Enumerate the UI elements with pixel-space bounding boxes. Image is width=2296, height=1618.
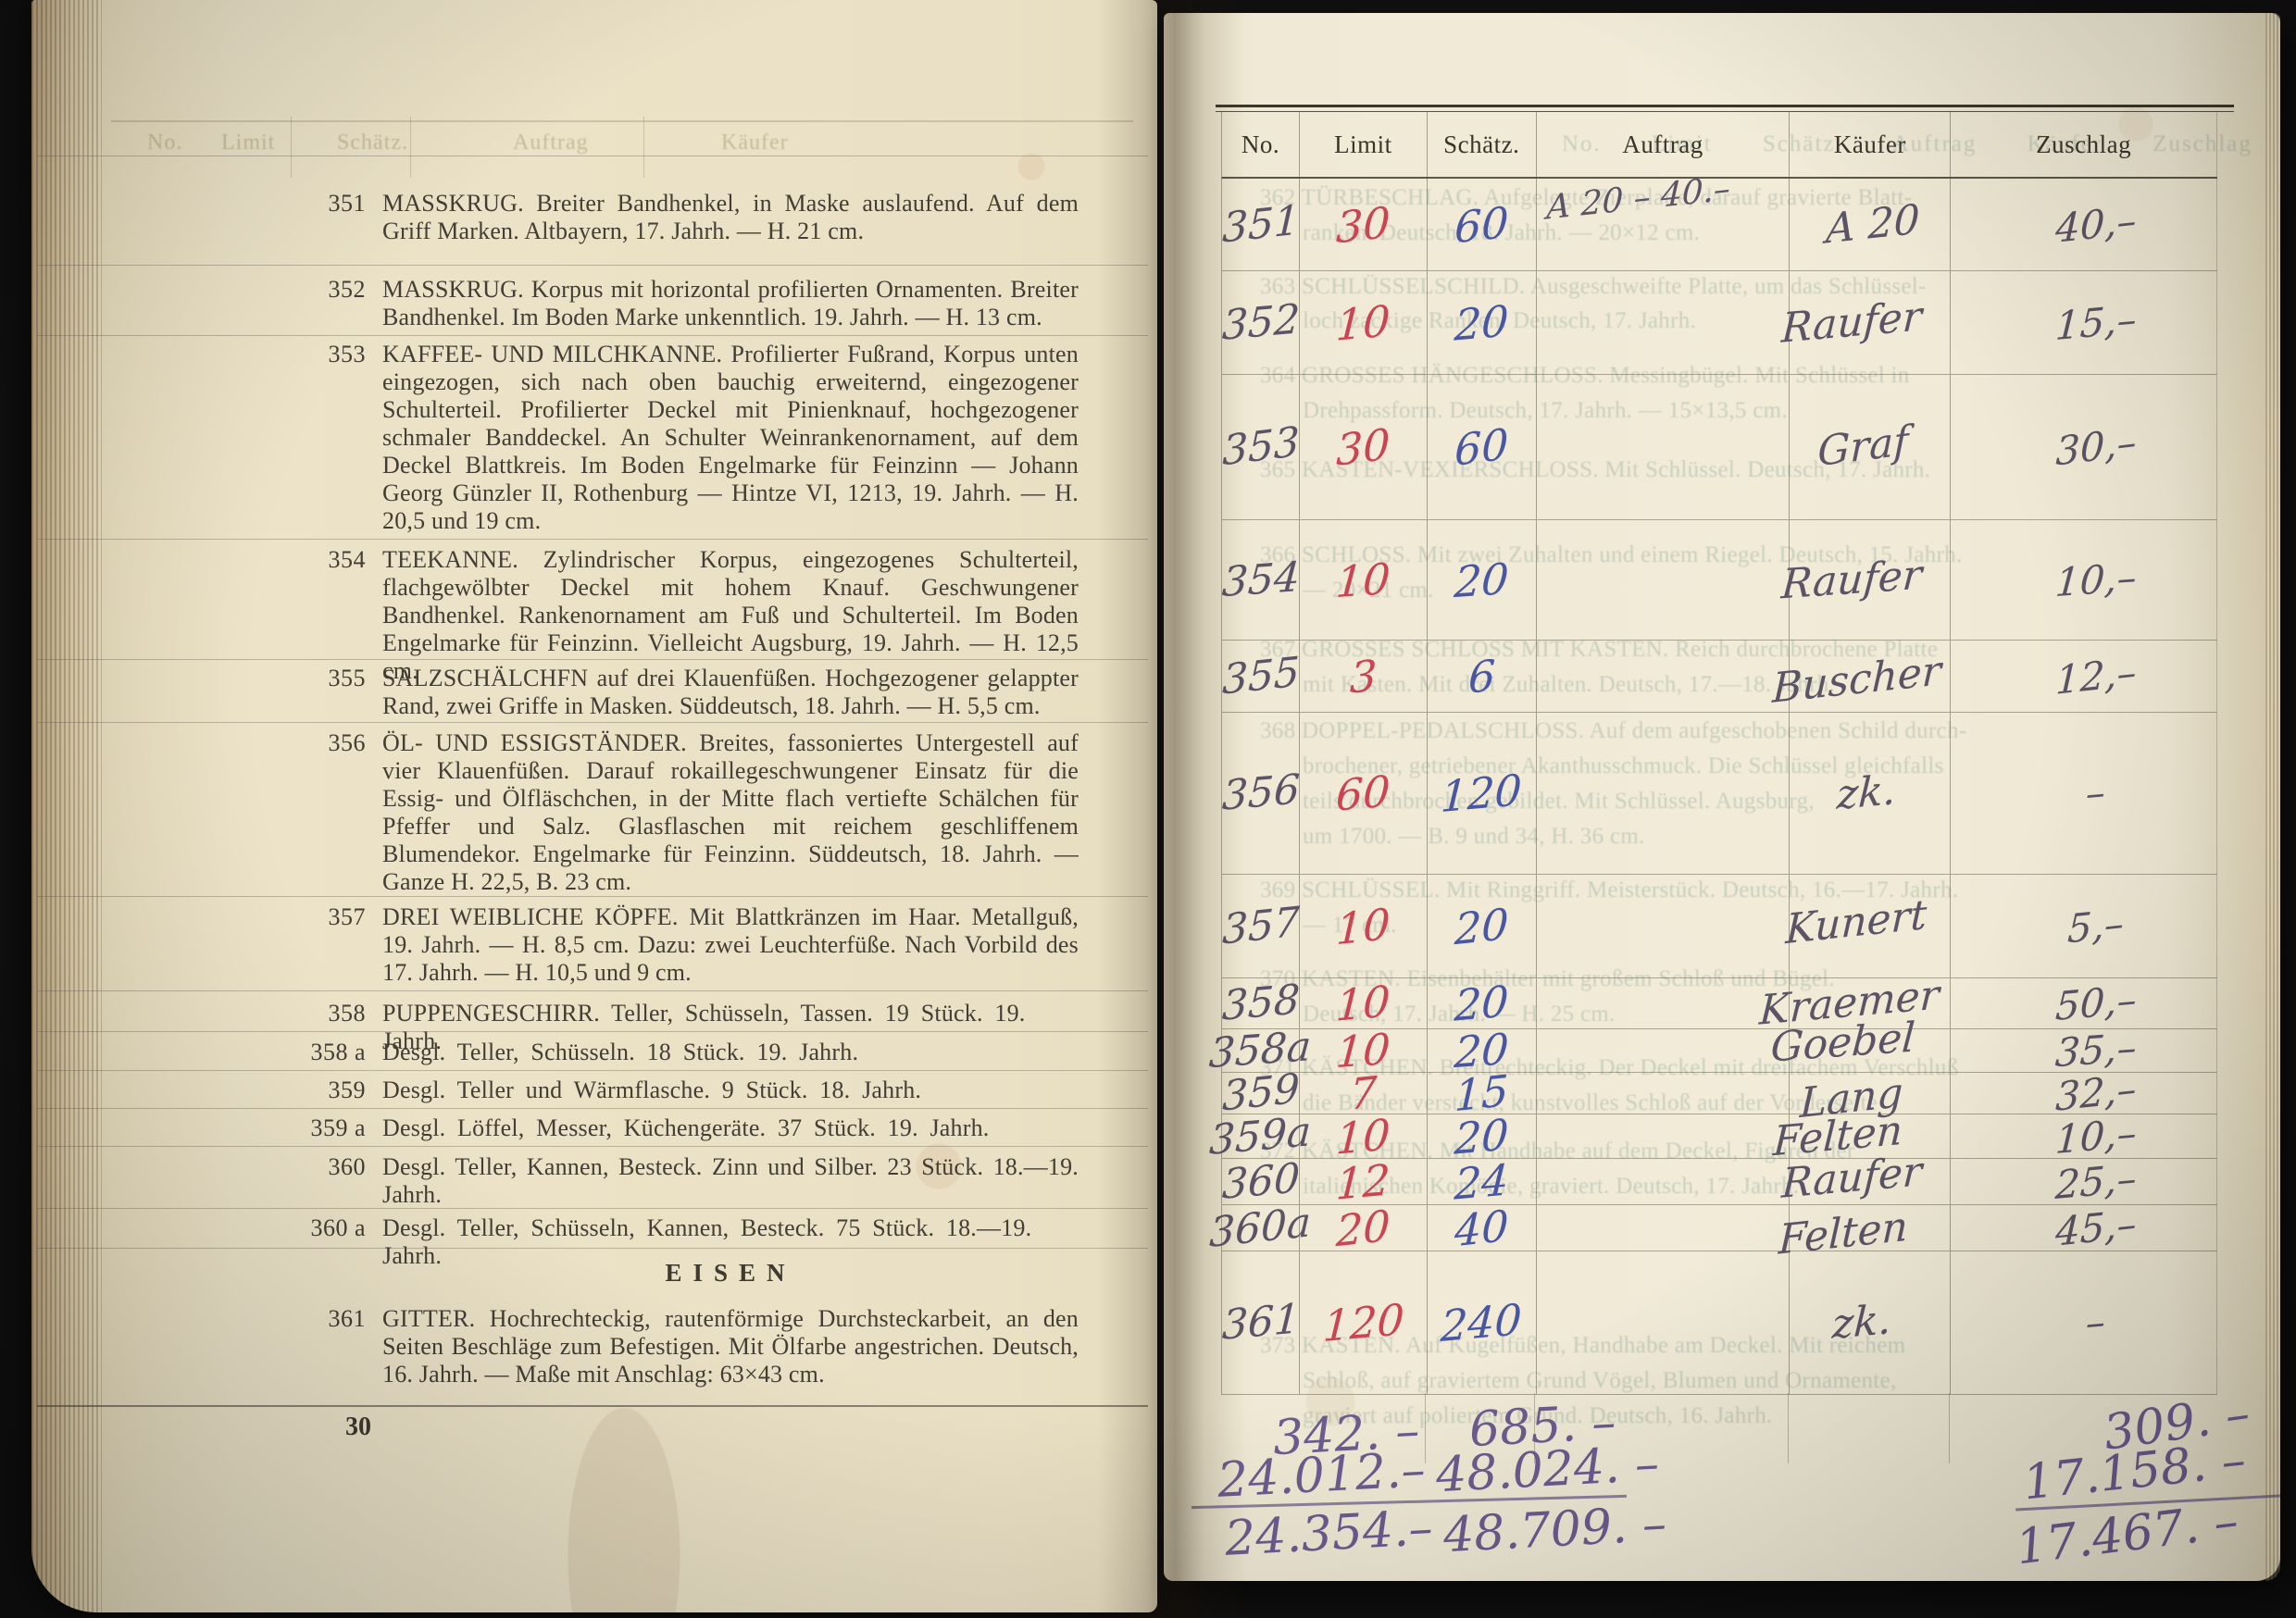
handwritten-limit: 12 — [1335, 1158, 1391, 1205]
page-number: 30 — [305, 1413, 371, 1442]
ledger-rows: 3513060A 20 – 40.–A 2040,–3521020Raufer1… — [1221, 179, 2217, 1395]
auftrag-cell — [1537, 713, 1791, 874]
zuschlag-cell: 50,– — [1951, 978, 2217, 1028]
ghost-header-label: Schätz. — [337, 131, 408, 156]
limit-cell: 10 — [1300, 271, 1428, 374]
handwritten-limit: 10 — [1336, 902, 1391, 951]
handwritten-limit: 120 — [1321, 1298, 1404, 1348]
no-cell: 361 — [1222, 1251, 1300, 1394]
handwritten-kaeufer: Kunert — [1785, 894, 1928, 950]
handwritten-schaetz: 20 — [1454, 1113, 1510, 1160]
ledger-table: No. Limit Schätz. Auftrag Käufer Zuschla… — [1221, 112, 2217, 1395]
handwritten-zuschlag: 12,– — [2054, 653, 2137, 701]
column-header-limit: Limit — [1300, 112, 1428, 177]
zuschlag-cell: 15,– — [1951, 271, 2217, 374]
entry-text: GITTER. Hochrechteckig, rautenförmige Du… — [382, 1305, 1079, 1388]
limit-cell: 60 — [1300, 713, 1428, 874]
handwritten-limit: 10 — [1335, 299, 1391, 346]
auftrag-cell: A 20 – 40.– — [1537, 179, 1791, 270]
handwritten-no: 356 — [1221, 769, 1301, 817]
ledger-row: 3513060A 20 – 40.–A 2040,– — [1221, 179, 2217, 271]
zuschlag-cell: – — [1951, 1251, 2217, 1394]
zuschlag-cell: 30,– — [1951, 375, 2217, 519]
limit-cell: 12 — [1300, 1159, 1428, 1204]
column-header-schaetz: Schätz. — [1428, 112, 1537, 177]
handwritten-kaeufer: Buscher — [1772, 651, 1942, 710]
ledger-row: 360a2040Felten45,– — [1221, 1205, 2217, 1251]
handwritten-auftrag: A 20 – 40.– — [1546, 172, 1731, 225]
limit-carryover: 24.012.– — [1217, 1442, 1427, 1509]
schaetz-cell: 240 — [1428, 1251, 1537, 1394]
auftrag-cell — [1537, 1251, 1791, 1394]
handwritten-schaetz: 20 — [1454, 902, 1509, 951]
ledger-page-right: No. Limit Schätz. Auftrag Käufer Zuschla… — [1164, 13, 2280, 1581]
entry-text: Desgl. Teller, Kannen, Besteck. Zinn und… — [382, 1153, 1079, 1209]
handwritten-zuschlag: 10,– — [2053, 557, 2138, 602]
kaeufer-cell: Kunert — [1790, 875, 1951, 977]
entry-number: 358 — [305, 1000, 366, 1027]
handwritten-schaetz: 40 — [1454, 1203, 1509, 1252]
kaeufer-cell: Raufer — [1790, 1159, 1951, 1204]
handwritten-kaeufer: A 20 — [1826, 199, 1921, 250]
handwritten-no: 360 — [1221, 1158, 1301, 1206]
no-cell: 354 — [1222, 520, 1300, 640]
schaetz-cell: 24 — [1428, 1159, 1537, 1204]
schaetz-cell: 20 — [1428, 1114, 1537, 1158]
catalog-entry: 352MASSKRUG. Korpus mit horizontal profi… — [305, 276, 1079, 331]
no-cell: 359a — [1222, 1114, 1300, 1158]
schaetz-cell: 20 — [1428, 520, 1537, 640]
entry-number: 354 — [305, 546, 366, 574]
handwritten-limit: 7 — [1349, 1070, 1378, 1115]
kaeufer-cell: Lang — [1790, 1073, 1951, 1114]
ruled-line — [37, 335, 1148, 336]
handwritten-zuschlag: – — [2085, 773, 2106, 814]
zuschlag-cell: 25,– — [1951, 1159, 2217, 1204]
column-line-extension — [1425, 1393, 1426, 1463]
auftrag-cell — [1537, 978, 1791, 1028]
handwritten-zuschlag: 50,– — [2054, 980, 2138, 1027]
entry-number: 357 — [305, 903, 366, 931]
handwritten-no: 361 — [1221, 1299, 1301, 1347]
handwritten-schaetz: 24 — [1454, 1158, 1510, 1205]
catalog-entry: 359Desgl. Teller und Wärmflasche. 9 Stüc… — [305, 1077, 1079, 1104]
auftrag-cell — [1537, 520, 1791, 640]
limit-cell: 20 — [1300, 1205, 1428, 1251]
ruled-line — [37, 539, 1148, 540]
catalog-entry: 351MASSKRUG. Breiter Bandhenkel, in Mask… — [305, 190, 1079, 245]
ledger-row: 359715Lang32,– — [1221, 1073, 2217, 1114]
handwritten-zuschlag: 32,– — [2054, 1069, 2137, 1117]
auftrag-cell — [1537, 1029, 1791, 1072]
limit-cell: 10 — [1300, 875, 1428, 977]
handwritten-kaeufer: zk. — [1836, 770, 1897, 816]
kaeufer-cell: zk. — [1790, 713, 1951, 874]
handwritten-kaeufer: Graf — [1816, 421, 1908, 473]
zuschlag-cell: 12,– — [1951, 641, 2217, 712]
handwritten-limit: 30 — [1336, 200, 1391, 249]
column-header-auftrag: Auftrag — [1537, 112, 1791, 177]
auftrag-cell — [1537, 1073, 1791, 1114]
kaeufer-cell: Raufer — [1790, 271, 1951, 374]
handwritten-zuschlag: 15,– — [2054, 299, 2138, 345]
schaetz-cell: 20 — [1428, 1029, 1537, 1072]
kaeufer-cell: Raufer — [1790, 520, 1951, 640]
handwritten-kaeufer: zk. — [1831, 1300, 1892, 1346]
handwritten-limit: 20 — [1336, 1203, 1391, 1252]
ghost-column-line — [643, 117, 644, 178]
limit-cell: 7 — [1300, 1073, 1428, 1114]
catalog-entry: 356ÖL- UND ESSIGSTÄNDER. Breites, fasson… — [305, 729, 1079, 896]
handwritten-zuschlag: 5,– — [2067, 903, 2125, 949]
footer-rule — [37, 1405, 1148, 1407]
catalog-entry: 358 aDesgl. Teller, Schüsseln. 18 Stück.… — [305, 1039, 1079, 1066]
kaeufer-cell: Felten — [1790, 1114, 1951, 1158]
no-cell: 360a — [1222, 1205, 1300, 1251]
no-cell: 358 — [1222, 978, 1300, 1028]
ghost-header-rule — [111, 120, 1133, 122]
ledger-row: 3581020Kraemer50,– — [1221, 978, 2217, 1029]
handwritten-limit: 3 — [1349, 653, 1378, 699]
handwritten-zuschlag: 10,– — [2054, 1113, 2138, 1159]
column-header-zuschlag: Zuschlag — [1951, 112, 2217, 177]
table-top-rule — [1216, 105, 2234, 107]
no-cell: 351 — [1222, 179, 1300, 270]
ghost-header-label: Käufer — [721, 131, 789, 156]
limit-total: 24.354.– — [1224, 1500, 1434, 1567]
ledger-row: 3571020Kunert5,– — [1221, 875, 2217, 978]
ruled-line — [37, 1070, 1148, 1071]
entry-text: DREI WEIBLICHE KÖPFE. Mit Blattkränzen i… — [382, 903, 1079, 987]
book-spread: No. Limit Schätz. Auftrag Käufer 351MASS… — [0, 0, 2296, 1618]
catalog-entry: 360Desgl. Teller, Kannen, Besteck. Zinn … — [305, 1153, 1079, 1209]
ruled-line — [37, 156, 1148, 156]
ledger-row: 359a1020Felten10,– — [1221, 1114, 2217, 1159]
column-line-extension — [1788, 1393, 1789, 1463]
no-cell: 356 — [1222, 713, 1300, 874]
entry-number: 359 a — [305, 1114, 366, 1142]
no-cell: 352 — [1222, 271, 1300, 374]
entry-number: 356 — [305, 729, 366, 757]
ledger-row: 35660120zk.– — [1221, 713, 2217, 875]
schaetz-cell: 60 — [1428, 375, 1537, 519]
schaetz-cell: 6 — [1428, 641, 1537, 712]
zuschlag-cell: 35,– — [1951, 1029, 2217, 1072]
kaeufer-cell: A 20 — [1790, 179, 1951, 270]
schaetz-cell: 120 — [1428, 713, 1537, 874]
ledger-row: 3521020Raufer15,– — [1221, 271, 2217, 375]
handwritten-no: 351 — [1221, 200, 1300, 249]
handwritten-schaetz: 20 — [1454, 299, 1510, 346]
ghost-header-label: No. — [147, 131, 182, 156]
handwritten-no: 359a — [1208, 1112, 1312, 1162]
schaetz-carryover: 48.024. – — [1435, 1437, 1661, 1504]
auftrag-cell — [1537, 1159, 1791, 1204]
handwritten-limit: 30 — [1336, 422, 1391, 472]
handwritten-schaetz: 20 — [1453, 556, 1510, 603]
limit-cell: 30 — [1300, 375, 1428, 519]
auftrag-cell — [1537, 1205, 1791, 1251]
auction-catalog-photo: { "book": { "left_page": { "ghost_header… — [0, 0, 2296, 1618]
handwritten-zuschlag: 45,– — [2054, 1204, 2137, 1252]
schaetz-cell: 20 — [1428, 875, 1537, 977]
handwritten-no: 358 — [1221, 979, 1301, 1027]
zuschlag-cell: 10,– — [1951, 520, 2217, 640]
catalog-entry: 357DREI WEIBLICHE KÖPFE. Mit Blattkränze… — [305, 903, 1079, 987]
ledger-row: 35536Buscher12,– — [1221, 641, 2217, 713]
handwritten-limit: 10 — [1335, 556, 1392, 603]
handwritten-kaeufer: Goebel — [1769, 1017, 1916, 1068]
entry-text: SALZSCHÄLCHFN auf drei Klauenfüßen. Hoch… — [382, 665, 1079, 720]
entry-text: Desgl. Teller und Wärmflasche. 9 Stück. … — [382, 1077, 1079, 1104]
zuschlag-cell: 10,– — [1951, 1114, 2217, 1158]
kaeufer-cell: Graf — [1790, 375, 1951, 519]
schaetz-cell: 15 — [1428, 1073, 1537, 1114]
column-header-no: No. — [1222, 112, 1300, 177]
schaetz-cell: 60 — [1428, 179, 1537, 270]
handwritten-no: 357 — [1221, 902, 1300, 951]
limit-cell: 30 — [1300, 179, 1428, 270]
ruled-line — [37, 990, 1148, 991]
zuschlag-cell: 45,– — [1951, 1205, 2217, 1251]
ledger-row: 361120240zk.– — [1221, 1251, 2217, 1395]
handwritten-no: 354 — [1220, 556, 1301, 603]
ghost-column-line — [291, 117, 292, 178]
entry-text: ÖL- UND ESSIGSTÄNDER. Breites, fassonier… — [382, 729, 1079, 896]
limit-cell: 10 — [1300, 1029, 1428, 1072]
ghost-header-label: Limit — [221, 131, 275, 156]
entry-number: 361 — [305, 1305, 366, 1333]
zuschlag-cell: 5,– — [1951, 875, 2217, 977]
catalog-entry: 361GITTER. Hochrechteckig, rautenförmige… — [305, 1305, 1079, 1388]
entry-number: 360 a — [305, 1214, 366, 1242]
ledger-header-row: No. Limit Schätz. Auftrag Käufer Zuschla… — [1221, 112, 2217, 179]
ledger-row: 3601224Raufer25,– — [1221, 1159, 2217, 1205]
auftrag-cell — [1537, 1114, 1791, 1158]
entry-number: 358 a — [305, 1039, 366, 1066]
zuschlag-cell: 40,– — [1951, 179, 2217, 270]
ledger-row: 3541020Raufer10,– — [1221, 520, 2217, 641]
handwritten-zuschlag: 25,– — [2054, 1158, 2138, 1204]
entry-number: 351 — [305, 190, 366, 218]
entry-text: Desgl. Teller, Schüsseln. 18 Stück. 19. … — [382, 1039, 1079, 1066]
no-cell: 353 — [1222, 375, 1300, 519]
kaeufer-cell: Goebel — [1790, 1029, 1951, 1072]
handwritten-schaetz: 120 — [1440, 768, 1523, 818]
catalog-entry: 359 aDesgl. Löffel, Messer, Küchengeräte… — [305, 1114, 1079, 1142]
ruled-line — [37, 265, 1148, 266]
handwritten-zuschlag: 30,– — [2055, 422, 2137, 471]
handwritten-schaetz: 20 — [1454, 979, 1510, 1027]
handwritten-kaeufer: Raufer — [1780, 1151, 1923, 1205]
ghost-header-label: Auftrag — [513, 131, 589, 156]
handwritten-zuschlag: 40,– — [2054, 201, 2137, 249]
ruled-line — [37, 896, 1148, 897]
catalog-entry: 355SALZSCHÄLCHFN auf drei Klauenfüßen. H… — [305, 665, 1079, 720]
column-line-extension — [1949, 1393, 1950, 1463]
ruled-line — [37, 722, 1148, 723]
kaeufer-cell: Felten — [1790, 1205, 1951, 1251]
entry-number: 355 — [305, 665, 366, 692]
handwritten-schaetz: 60 — [1454, 422, 1509, 472]
auftrag-cell — [1537, 271, 1791, 374]
ledger-row: 3533060Graf30,– — [1221, 375, 2217, 520]
kaeufer-cell: zk. — [1790, 1251, 1951, 1394]
limit-cell: 10 — [1300, 520, 1428, 640]
ghost-column-line — [410, 117, 411, 178]
handwritten-limit: 10 — [1335, 1027, 1392, 1074]
catalog-entry: 353KAFFEE- UND MILCHKANNE. Profilierter … — [305, 341, 1079, 535]
handwritten-schaetz: 6 — [1467, 653, 1496, 699]
schaetz-cell: 40 — [1428, 1205, 1537, 1251]
zuschlag-cell: 32,– — [1951, 1073, 2217, 1114]
no-cell: 359 — [1222, 1073, 1300, 1114]
handwritten-kaeufer: Raufer — [1780, 296, 1923, 350]
auftrag-cell — [1537, 875, 1791, 977]
entry-number: 352 — [305, 276, 366, 304]
handwritten-no: 360a — [1209, 1202, 1312, 1254]
limit-cell: 3 — [1300, 641, 1428, 712]
entry-number: 359 — [305, 1077, 366, 1104]
limit-cell: 120 — [1300, 1251, 1428, 1394]
catalog-page-left: No. Limit Schätz. Auftrag Käufer 351MASS… — [31, 0, 1157, 1612]
column-header-kaeufer: Käufer — [1790, 112, 1951, 177]
no-cell: 357 — [1222, 875, 1300, 977]
handwritten-limit: 10 — [1335, 979, 1391, 1027]
handwritten-zuschlag: – — [2085, 1302, 2106, 1343]
handwritten-schaetz: 60 — [1454, 200, 1509, 249]
entry-number: 360 — [305, 1153, 366, 1181]
entry-text: MASSKRUG. Korpus mit horizontal profilie… — [382, 276, 1079, 331]
handwritten-no: 355 — [1221, 652, 1300, 701]
entry-number: 353 — [305, 341, 366, 368]
handwritten-no: 352 — [1221, 299, 1301, 347]
entry-text: MASSKRUG. Breiter Bandhenkel, in Maske a… — [382, 190, 1079, 245]
schaetz-cell: 20 — [1428, 271, 1537, 374]
handwritten-limit: 10 — [1335, 1113, 1391, 1160]
ruled-line — [37, 1146, 1148, 1147]
zuschlag-cell: – — [1951, 713, 2217, 874]
handwritten-schaetz: 240 — [1440, 1298, 1523, 1348]
kaeufer-cell: Buscher — [1790, 641, 1951, 712]
section-heading: EISEN — [382, 1259, 1079, 1288]
schaetz-total: 48.709. – — [1442, 1497, 1668, 1564]
auftrag-cell — [1537, 375, 1791, 519]
auftrag-cell — [1537, 641, 1791, 712]
handwritten-no: 353 — [1221, 422, 1299, 473]
limit-cell: 10 — [1300, 1114, 1428, 1158]
ruled-line — [37, 1108, 1148, 1109]
entry-text: KAFFEE- UND MILCHKANNE. Profilierter Fuß… — [382, 341, 1079, 535]
limit-cell: 10 — [1300, 978, 1428, 1028]
no-cell: 355 — [1222, 641, 1300, 712]
schaetz-cell: 20 — [1428, 978, 1537, 1028]
entry-text: Desgl. Löffel, Messer, Küchengeräte. 37 … — [382, 1114, 1079, 1142]
no-cell: 360 — [1222, 1159, 1300, 1204]
handwritten-limit: 60 — [1335, 769, 1391, 816]
handwritten-kaeufer: Raufer — [1779, 554, 1923, 605]
